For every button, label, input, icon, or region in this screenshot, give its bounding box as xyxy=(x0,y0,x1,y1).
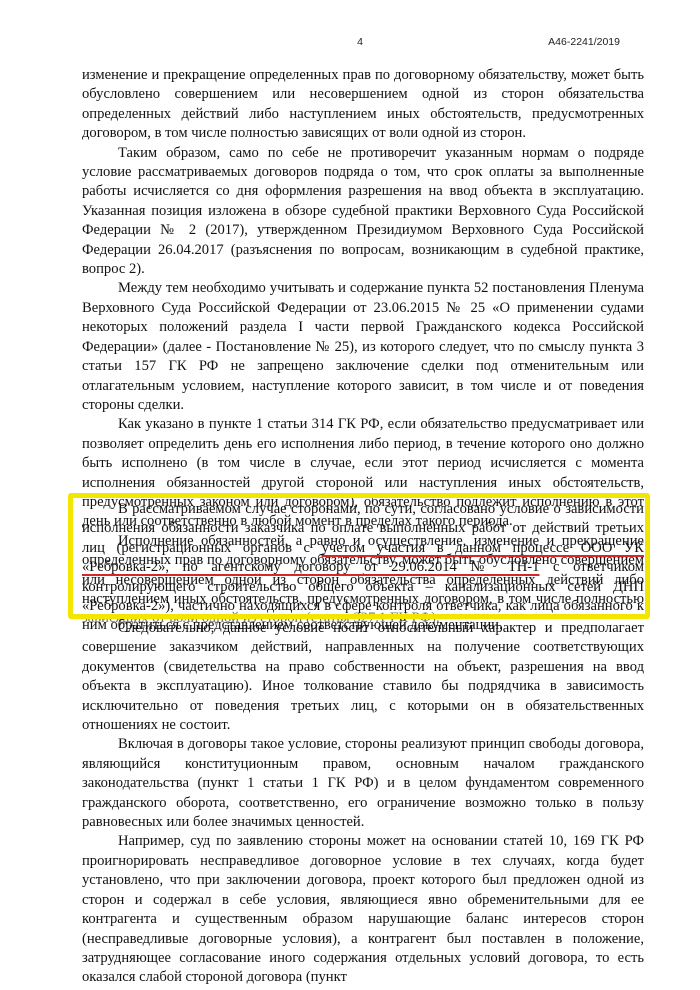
paragraph: Следовательно, данное условие носит отно… xyxy=(82,619,644,735)
paragraph: Между тем необходимо учитывать и содержа… xyxy=(82,279,644,415)
page-number: 4 xyxy=(350,36,370,48)
document-page: 4 А46-2241/2019 изменение и прекращение … xyxy=(0,0,700,990)
case-number: А46-2241/2019 xyxy=(548,36,620,48)
highlighted-paragraph: В рассматриваемом случае сторонами, по с… xyxy=(82,500,644,636)
paragraph: Таким образом, само по себе не противоре… xyxy=(82,144,644,280)
body-text-lower: Следовательно, данное условие носит отно… xyxy=(82,619,644,988)
paragraph: изменение и прекращение определенных пра… xyxy=(82,66,644,144)
paragraph: Например, суд по заявлению стороны может… xyxy=(82,832,644,987)
paragraph: Включая в договоры такое условие, сторон… xyxy=(82,735,644,832)
